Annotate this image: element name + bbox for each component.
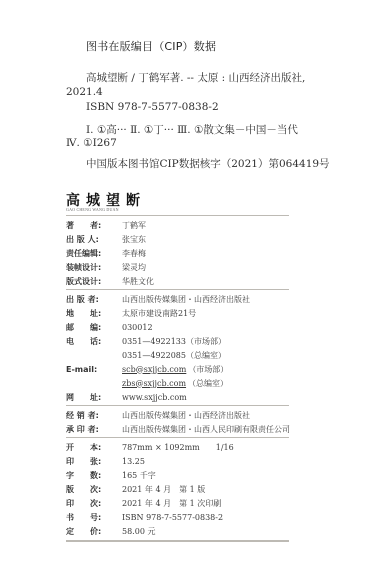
email-note: （总编室） xyxy=(188,379,228,388)
spec-value: 58.00 元 xyxy=(122,526,155,537)
spec-row-isbn: 书 号: ISBN 978-7-5577-0838-2 xyxy=(66,510,223,524)
cip-classification: Ⅰ. ①高··· Ⅱ. ①丁··· Ⅲ. ①散文集－中国－当代 xyxy=(86,122,298,137)
credit-label: 装帧设计: xyxy=(66,262,118,273)
cip-bibliographic-line: 高城望断 / 丁鹤军著. -- 太原 : 山西经济出版社, xyxy=(86,70,305,85)
email-value-wrap: zbs@sxjjcb.com（总编室） xyxy=(122,378,228,389)
address-value: 太原市建设南路21号 xyxy=(122,308,196,319)
spec-row-price: 定 价: 58.00 元 xyxy=(66,524,155,538)
spec-label: 版 次: xyxy=(66,484,118,495)
phone-label: 电 话: xyxy=(66,336,118,347)
spec-label: 开 本: xyxy=(66,442,118,453)
credit-label: 出 版 人: xyxy=(66,234,118,245)
credit-label: 著 者: xyxy=(66,220,118,231)
divider xyxy=(66,289,289,290)
cip-isbn: ISBN 978-7-5577-0838-2 xyxy=(86,101,219,113)
spec-label: 印 张: xyxy=(66,456,118,467)
website-link[interactable]: www.sxjjcb.com xyxy=(122,393,187,402)
credit-label: 责任编辑: xyxy=(66,248,118,259)
phone-value: 0351—4922133（市场部） xyxy=(122,336,226,347)
spec-label: 印 次: xyxy=(66,498,118,509)
cip-bibliographic-line-cont: 2021.4 xyxy=(66,86,103,98)
book-title-pinyin: GAO CHENG WANG DUAN xyxy=(66,207,119,212)
email-row: E-mail: scb@sxjjcb.com（市场部） xyxy=(66,362,228,376)
address-row: 地 址: 太原市建设南路21号 xyxy=(66,306,196,320)
divider xyxy=(66,405,289,406)
credit-value: 李春梅 xyxy=(122,248,146,259)
email-value-wrap: scb@sxjjcb.com（市场部） xyxy=(122,364,228,375)
distributor-row: 经 销 者: 山西出版传媒集团・山西经济出版社 xyxy=(66,408,250,422)
postcode-value: 030012 xyxy=(122,323,153,332)
divider xyxy=(66,215,289,216)
credit-value: 华胜文化 xyxy=(122,276,154,287)
spec-value: 2021 年 4 月 第 1 次印刷 xyxy=(122,498,221,509)
phone-row-2: 0351—4922085（总编室） xyxy=(66,348,226,362)
credit-row-layout-design: 版式设计: 华胜文化 xyxy=(66,274,154,288)
distributor-label: 经 销 者: xyxy=(66,410,118,421)
spec-label: 定 价: xyxy=(66,526,118,537)
cip-classification-cont: Ⅳ. ①I267 xyxy=(66,137,117,149)
postcode-row: 邮 编: 030012 xyxy=(66,320,153,334)
publisher-row: 出 版 者: 山西出版传媒集团・山西经济出版社 xyxy=(66,292,250,306)
publisher-value: 山西出版传媒集团・山西经济出版社 xyxy=(122,294,250,305)
credit-row-editor: 责任编辑: 李春梅 xyxy=(66,246,146,260)
email-link-marketing[interactable]: scb@sxjjcb.com xyxy=(122,365,186,374)
spec-row-printing: 印 次: 2021 年 4 月 第 1 次印刷 xyxy=(66,496,221,510)
distributor-value: 山西出版传媒集团・山西经济出版社 xyxy=(122,410,250,421)
website-label: 网 址: xyxy=(66,392,118,403)
publisher-label: 出 版 者: xyxy=(66,294,118,305)
credit-value: 张宝东 xyxy=(122,234,146,245)
spec-value: ISBN 978-7-5577-0838-2 xyxy=(122,513,223,522)
email-note: （市场部） xyxy=(188,365,228,374)
credit-row-cover-design: 装帧设计: 梁灵均 xyxy=(66,260,146,274)
postcode-label: 邮 编: xyxy=(66,322,118,333)
email-link-editorial[interactable]: zbs@sxjjcb.com xyxy=(122,379,186,388)
credit-value: 梁灵均 xyxy=(122,262,146,273)
website-row: 网 址: www.sxjjcb.com xyxy=(66,390,187,404)
spec-row-format: 开 本: 787mm × 1092mm 1/16 xyxy=(66,440,234,454)
spec-row-sheets: 印 张: 13.25 xyxy=(66,454,145,468)
email-row-2: zbs@sxjjcb.com（总编室） xyxy=(66,376,228,390)
printer-row: 承 印 者: 山西出版传媒集团・山西人民印刷有限责任公司 xyxy=(66,422,290,436)
credit-row-author: 著 者: 丁鹤军 xyxy=(66,218,146,232)
printer-value: 山西出版传媒集团・山西人民印刷有限责任公司 xyxy=(122,424,290,435)
spec-value: 787mm × 1092mm 1/16 xyxy=(122,442,234,453)
cip-title: 图书在版编目（CIP）数据 xyxy=(86,38,216,54)
spec-label: 书 号: xyxy=(66,512,118,523)
email-label: E-mail: xyxy=(66,365,118,374)
address-label: 地 址: xyxy=(66,308,118,319)
spec-value: 2021 年 4 月 第 1 版 xyxy=(122,484,205,495)
spec-value: 165 千字 xyxy=(122,470,156,481)
divider xyxy=(66,540,289,542)
spec-row-wordcount: 字 数: 165 千字 xyxy=(66,468,156,482)
printer-label: 承 印 者: xyxy=(66,424,118,435)
credit-value: 丁鹤军 xyxy=(122,220,146,231)
spec-label: 字 数: xyxy=(66,470,118,481)
spec-row-edition: 版 次: 2021 年 4 月 第 1 版 xyxy=(66,482,205,496)
phone-value: 0351—4922085（总编室） xyxy=(122,350,226,361)
divider xyxy=(66,437,289,438)
cip-verification-number: 中国版本图书馆CIP数据核字（2021）第064419号 xyxy=(86,156,330,171)
credit-label: 版式设计: xyxy=(66,276,118,287)
credit-row-publisher-person: 出 版 人: 张宝东 xyxy=(66,232,146,246)
spec-value: 13.25 xyxy=(122,457,145,466)
phone-row: 电 话: 0351—4922133（市场部） xyxy=(66,334,226,348)
